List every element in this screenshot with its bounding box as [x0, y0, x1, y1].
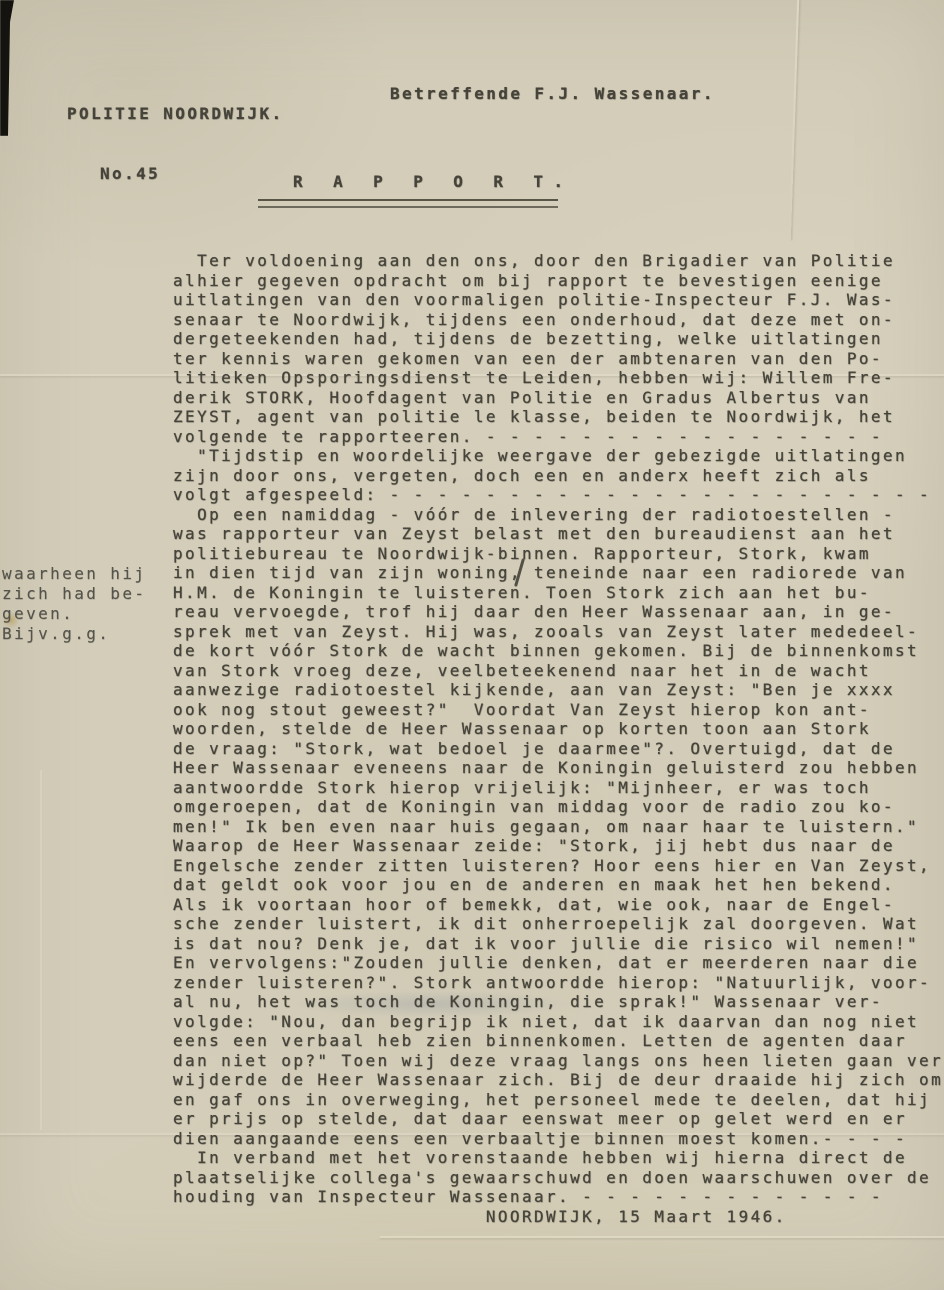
paper-crease-vertical-left: [40, 770, 42, 1130]
document-header: POLITIE NOORDWIJK. No.45: [67, 64, 284, 224]
text-line: is dat nou? Denk je, dat ik voor jullie …: [173, 934, 938, 954]
margin-note-line: geven.: [2, 604, 146, 624]
text-line: houding van Inspecteur Wassenaar. - - - …: [173, 1187, 938, 1207]
text-line: volgt afgespeeld: - - - - - - - - - - - …: [173, 485, 938, 505]
text-line: dien aangaande eens een verbaaltje binne…: [173, 1129, 938, 1149]
report-body: Ter voldoening aan den ons, door den Bri…: [173, 251, 938, 1226]
report-title: R A P P O R T.: [293, 172, 573, 191]
text-line: van Stork vroeg deze, veelbeteekenend na…: [173, 661, 938, 681]
text-line: de vraag: "Stork, wat bedoel je daarmee"…: [173, 739, 938, 759]
report-number: No.45: [67, 164, 284, 184]
text-line: Ter voldoening aan den ons, door den Bri…: [173, 251, 938, 271]
text-line: dergeteekenden had, tijdens de bezetting…: [173, 329, 938, 349]
text-line: woorden, stelde de Heer Wassenaar op kor…: [173, 719, 938, 739]
text-line: litieken Opsporingsdienst te Leiden, heb…: [173, 368, 938, 388]
text-line: zender luisteren?". Stork antwoordde hie…: [173, 973, 938, 993]
text-line: NOORDWIJK, 15 Maart 1946.: [173, 1207, 938, 1227]
text-line: dat geldt ook voor jou en de anderen en …: [173, 875, 938, 895]
paper-crease-vertical-top: [789, 0, 799, 240]
text-line: sprek met van Zeyst. Hij was, zooals van…: [173, 622, 938, 642]
text-line: In verband met het vorenstaande hebben w…: [173, 1148, 938, 1168]
text-line: Heer Wassenaar eveneens naar de Koningin…: [173, 758, 938, 778]
text-line: aantwoordde Stork hierop vrijelijk: "Mij…: [173, 778, 938, 798]
text-line: ter kennis waren gekomen van een der amb…: [173, 349, 938, 369]
text-line: er prijs op stelde, dat daar eenswat mee…: [173, 1109, 938, 1129]
text-line: Als ik voortaan hoor of bemekk, dat, wie…: [173, 895, 938, 915]
text-line: sche zender luistert, ik dit onherroepel…: [173, 914, 938, 934]
text-line: En vervolgens:"Zouden jullie denken, dat…: [173, 953, 938, 973]
text-line: volgende te rapporteeren. - - - - - - - …: [173, 427, 938, 447]
margin-note: waarheen hijzich had be-geven.Bijv.g.g.: [2, 564, 146, 644]
text-line: al nu, het was toch de Koningin, die spr…: [173, 992, 938, 1012]
text-line: ook nog stout geweest?" Voordat Van Zeys…: [173, 700, 938, 720]
text-line: politiebureau te Noordwijk-binnen. Rappo…: [173, 544, 938, 564]
document-page: POLITIE NOORDWIJK. No.45 Betreffende F.J…: [0, 0, 944, 1290]
text-line: zijn door ons, vergeten, doch een en and…: [173, 466, 938, 486]
subject-line: Betreffende F.J. Wassenaar.: [390, 84, 715, 103]
text-line: plaatselijke collega's gewaarschuwd en d…: [173, 1168, 938, 1188]
margin-note-line: waarheen hij: [2, 564, 146, 584]
text-line: de kort vóór Stork de wacht binnen gekom…: [173, 641, 938, 661]
text-line: Op een namiddag - vóór de inlevering der…: [173, 505, 938, 525]
text-line: dan niet op?" Toen wij deze vraag langs …: [173, 1051, 938, 1071]
title-underline: [258, 199, 558, 208]
text-line: H.M. de Koningin te luisteren. Toen Stor…: [173, 583, 938, 603]
text-line: volgde: "Nou, dan begrijp ik niet, dat i…: [173, 1012, 938, 1032]
text-line: in dien tijd van zijn woning, teneinde n…: [173, 563, 938, 583]
margin-note-line: zich had be-: [2, 584, 146, 604]
margin-note-line: Bijv.g.g.: [2, 624, 146, 644]
text-line: wijderde de Heer Wassenaar zich. Bij de …: [173, 1070, 938, 1090]
agency-name: POLITIE NOORDWIJK.: [67, 104, 284, 124]
scan-corner-artifact: [0, 0, 18, 136]
text-line: en gaf ons in overweging, het personeel …: [173, 1090, 938, 1110]
paper-crease-horizontal-3: [380, 1236, 944, 1238]
text-line: ZEYST, agent van politie le klasse, beid…: [173, 407, 938, 427]
text-line: derik STORK, Hoofdagent van Politie en G…: [173, 388, 938, 408]
text-line: omgeroepen, dat de Koningin van middag v…: [173, 797, 938, 817]
text-line: uitlatingen van den voormaligen politie-…: [173, 290, 938, 310]
text-line: aanwezige radiotoestel kijkende, aan van…: [173, 680, 938, 700]
text-line: reau vervoegde, trof hij daar den Heer W…: [173, 602, 938, 622]
text-line: was rapporteur van Zeyst belast met den …: [173, 524, 938, 544]
text-line: Engelsche zender zitten luisteren? Hoor …: [173, 856, 938, 876]
text-line: alhier gegeven opdracht om bij rapport t…: [173, 271, 938, 291]
text-line: "Tijdstip en woordelijke weergave der ge…: [173, 446, 938, 466]
text-line: senaar te Noordwijk, tijdens een onderho…: [173, 310, 938, 330]
text-line: men!" Ik ben even naar huis gegaan, om n…: [173, 817, 938, 837]
text-line: eens een verbaal heb zien binnenkomen. L…: [173, 1031, 938, 1051]
text-line: Waarop de Heer Wassenaar zeide: "Stork, …: [173, 836, 938, 856]
